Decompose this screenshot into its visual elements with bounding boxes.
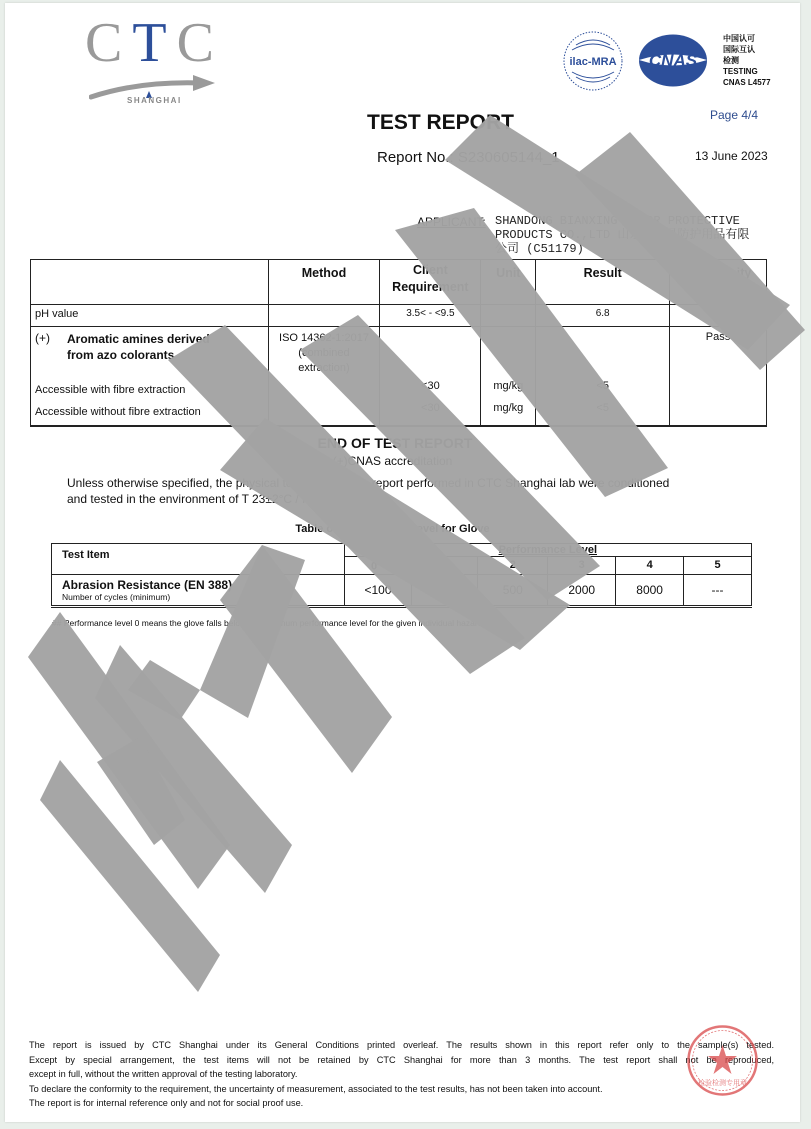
legal-line-3: except in full, without the written appr… [29, 1067, 774, 1082]
results-header-row: Method Client Requirement Unit Result Co… [31, 260, 767, 305]
logo-subtitle: SHANGHAI [127, 96, 182, 105]
aromatic-title-2: from azo colorants [67, 347, 210, 363]
abrasion-item: Abrasion Resistance (EN 388) Number of c… [52, 574, 345, 606]
value-level-0: <100 [344, 574, 412, 606]
logo-letter-c1: C [85, 12, 132, 74]
report-title: TEST REPORT [367, 111, 514, 135]
report-page: CTC SHANGHAI ilac-MRA CNAS 中国认可 国际互认 检测 … [5, 3, 800, 1122]
level-1: 1 [412, 557, 478, 575]
subrow-unit-1: mg/kg [485, 375, 531, 397]
subrow-result-1: <5 [540, 375, 665, 397]
applicant-label: APPLICANT: [417, 215, 486, 229]
header-client-requirement: Client Requirement [380, 260, 481, 305]
aromatic-method: ISO 14362-1:2017 (combined extraction) [268, 327, 380, 426]
subrow-unit-2: mg/kg [485, 397, 531, 419]
cnas-line-5: CNAS L4577 [723, 77, 771, 88]
aromatic-result: <5 <5 [536, 327, 670, 426]
table-row: pH value 3.5< - <9.5 6.8 [31, 305, 767, 327]
cnas-accreditation-note: (+)CNAS accreditation [5, 454, 780, 468]
subrow-result-2: <5 [540, 397, 665, 419]
legal-line-2: Except by special arrangement, the test … [29, 1053, 774, 1068]
level-4: 4 [616, 557, 684, 575]
level-2: 2 [478, 557, 548, 575]
header-item [31, 260, 269, 305]
results-table: Method Client Requirement Unit Result Co… [30, 259, 767, 426]
abrasion-item-sub: Number of cycles (minimum) [62, 592, 334, 602]
aromatic-title-1: Aromatic amines derived [67, 331, 210, 347]
cnas-marker: (+) [35, 331, 67, 363]
legal-line-4: To declare the conformity to the require… [29, 1082, 774, 1097]
logo-letter-t: T [132, 12, 176, 74]
ilac-text: ilac-MRA [569, 56, 616, 68]
value-level-1: 100 [412, 574, 478, 606]
cnas-logo-icon: CNAS [637, 33, 709, 88]
ctc-logo: CTC SHANGHAI [85, 13, 225, 108]
subrow-requirement-1: <30 [384, 375, 476, 397]
cnas-line-4: TESTING [723, 66, 771, 77]
level-0: 0## [344, 557, 412, 575]
aromatic-requirement: <30 <30 [380, 327, 481, 426]
cnas-line-1: 中国认可 [723, 33, 771, 44]
ph-requirement: 3.5< - <9.5 [380, 305, 481, 327]
ph-unit [481, 305, 536, 327]
subrow-item-1: Accessible with fibre extraction [35, 379, 264, 401]
aromatic-item: (+) Aromatic amines derived from azo col… [31, 327, 269, 426]
conditions-line-1: Unless otherwise specified, the physical… [67, 475, 727, 491]
ph-conformity [670, 305, 767, 327]
aromatic-unit: mg/kg mg/kg [481, 327, 536, 426]
level-5: 5 [684, 557, 752, 575]
test-conditions: Unless otherwise specified, the physical… [67, 475, 727, 507]
performance-table-caption: Table of Performance Level for Glove [5, 523, 780, 535]
legal-notice: The report is issued by CTC Shanghai und… [29, 1038, 774, 1111]
cnas-text: CNAS [649, 51, 698, 70]
page-number: Page 4/4 [710, 108, 758, 122]
report-number: Report No.: S230605144_1 [377, 149, 560, 166]
ph-result: 6.8 [536, 305, 670, 327]
legal-line-5: The report is for internal reference onl… [29, 1096, 774, 1111]
level-3: 3 [548, 557, 616, 575]
header-performance-level: Performance Level [344, 544, 751, 557]
applicant-line-3: 公司 (C51179) [495, 242, 775, 256]
conditions-line-2: and tested in the environment of T 23±2°… [67, 491, 727, 507]
subrow-item-2: Accessible without fibre extraction [35, 401, 264, 423]
ph-method [268, 305, 380, 327]
ilac-mra-logo-icon: ilac-MRA [562, 30, 624, 92]
logo-letter-c2: C [177, 12, 224, 74]
value-level-3: 2000 [548, 574, 616, 606]
applicant-line-2: PRODUCTS CO.,LTD 山东必安星防护用品有限 [495, 228, 775, 242]
section-divider [30, 425, 767, 427]
method-line-3: extraction) [273, 361, 376, 376]
aromatic-conformity: Pass [670, 327, 767, 426]
legal-line-1: The report is issued by CTC Shanghai und… [29, 1038, 774, 1053]
value-level-2: 500 [478, 574, 548, 606]
header-unit: Unit [481, 260, 536, 305]
table-row: Abrasion Resistance (EN 388) Number of c… [52, 574, 752, 606]
header-test-item: Test Item [52, 544, 345, 575]
end-of-report-title: END OF TEST REPORT [5, 435, 785, 451]
cnas-line-2: 国际互认 [723, 44, 771, 55]
applicant-line-1: SHANDONG BIANXING LABOR PROTECTIVE [495, 214, 775, 228]
method-line-2: (combined [273, 346, 376, 361]
level-0-superscript: ## [377, 560, 385, 567]
header-result: Result [536, 260, 670, 305]
table-row: (+) Aromatic amines derived from azo col… [31, 327, 767, 426]
header-conformity: Conformity [670, 260, 767, 305]
value-level-4: 8000 [616, 574, 684, 606]
method-line-1: ISO 14362-1:2017 [273, 331, 376, 346]
cnas-accreditation-text: 中国认可 国际互认 检测 TESTING CNAS L4577 [723, 33, 771, 88]
abrasion-item-name: Abrasion Resistance (EN 388) [62, 578, 232, 592]
report-date: 13 June 2023 [695, 149, 768, 163]
performance-table: Test Item Performance Level 0## 1 2 3 4 … [51, 543, 752, 608]
subrow-requirement-2: <30 [384, 397, 476, 419]
stamp-text: 检验检测专用章 [698, 1078, 747, 1087]
ph-item: pH value [31, 305, 269, 327]
applicant-value: SHANDONG BIANXING LABOR PROTECTIVE PRODU… [495, 214, 775, 256]
cnas-line-3: 检测 [723, 55, 771, 66]
official-stamp-icon: 检验检测专用章 [685, 1023, 760, 1098]
value-level-5: --- [684, 574, 752, 606]
performance-footnote: ## Performance level 0 means the glove f… [52, 618, 482, 628]
header-method: Method [268, 260, 380, 305]
